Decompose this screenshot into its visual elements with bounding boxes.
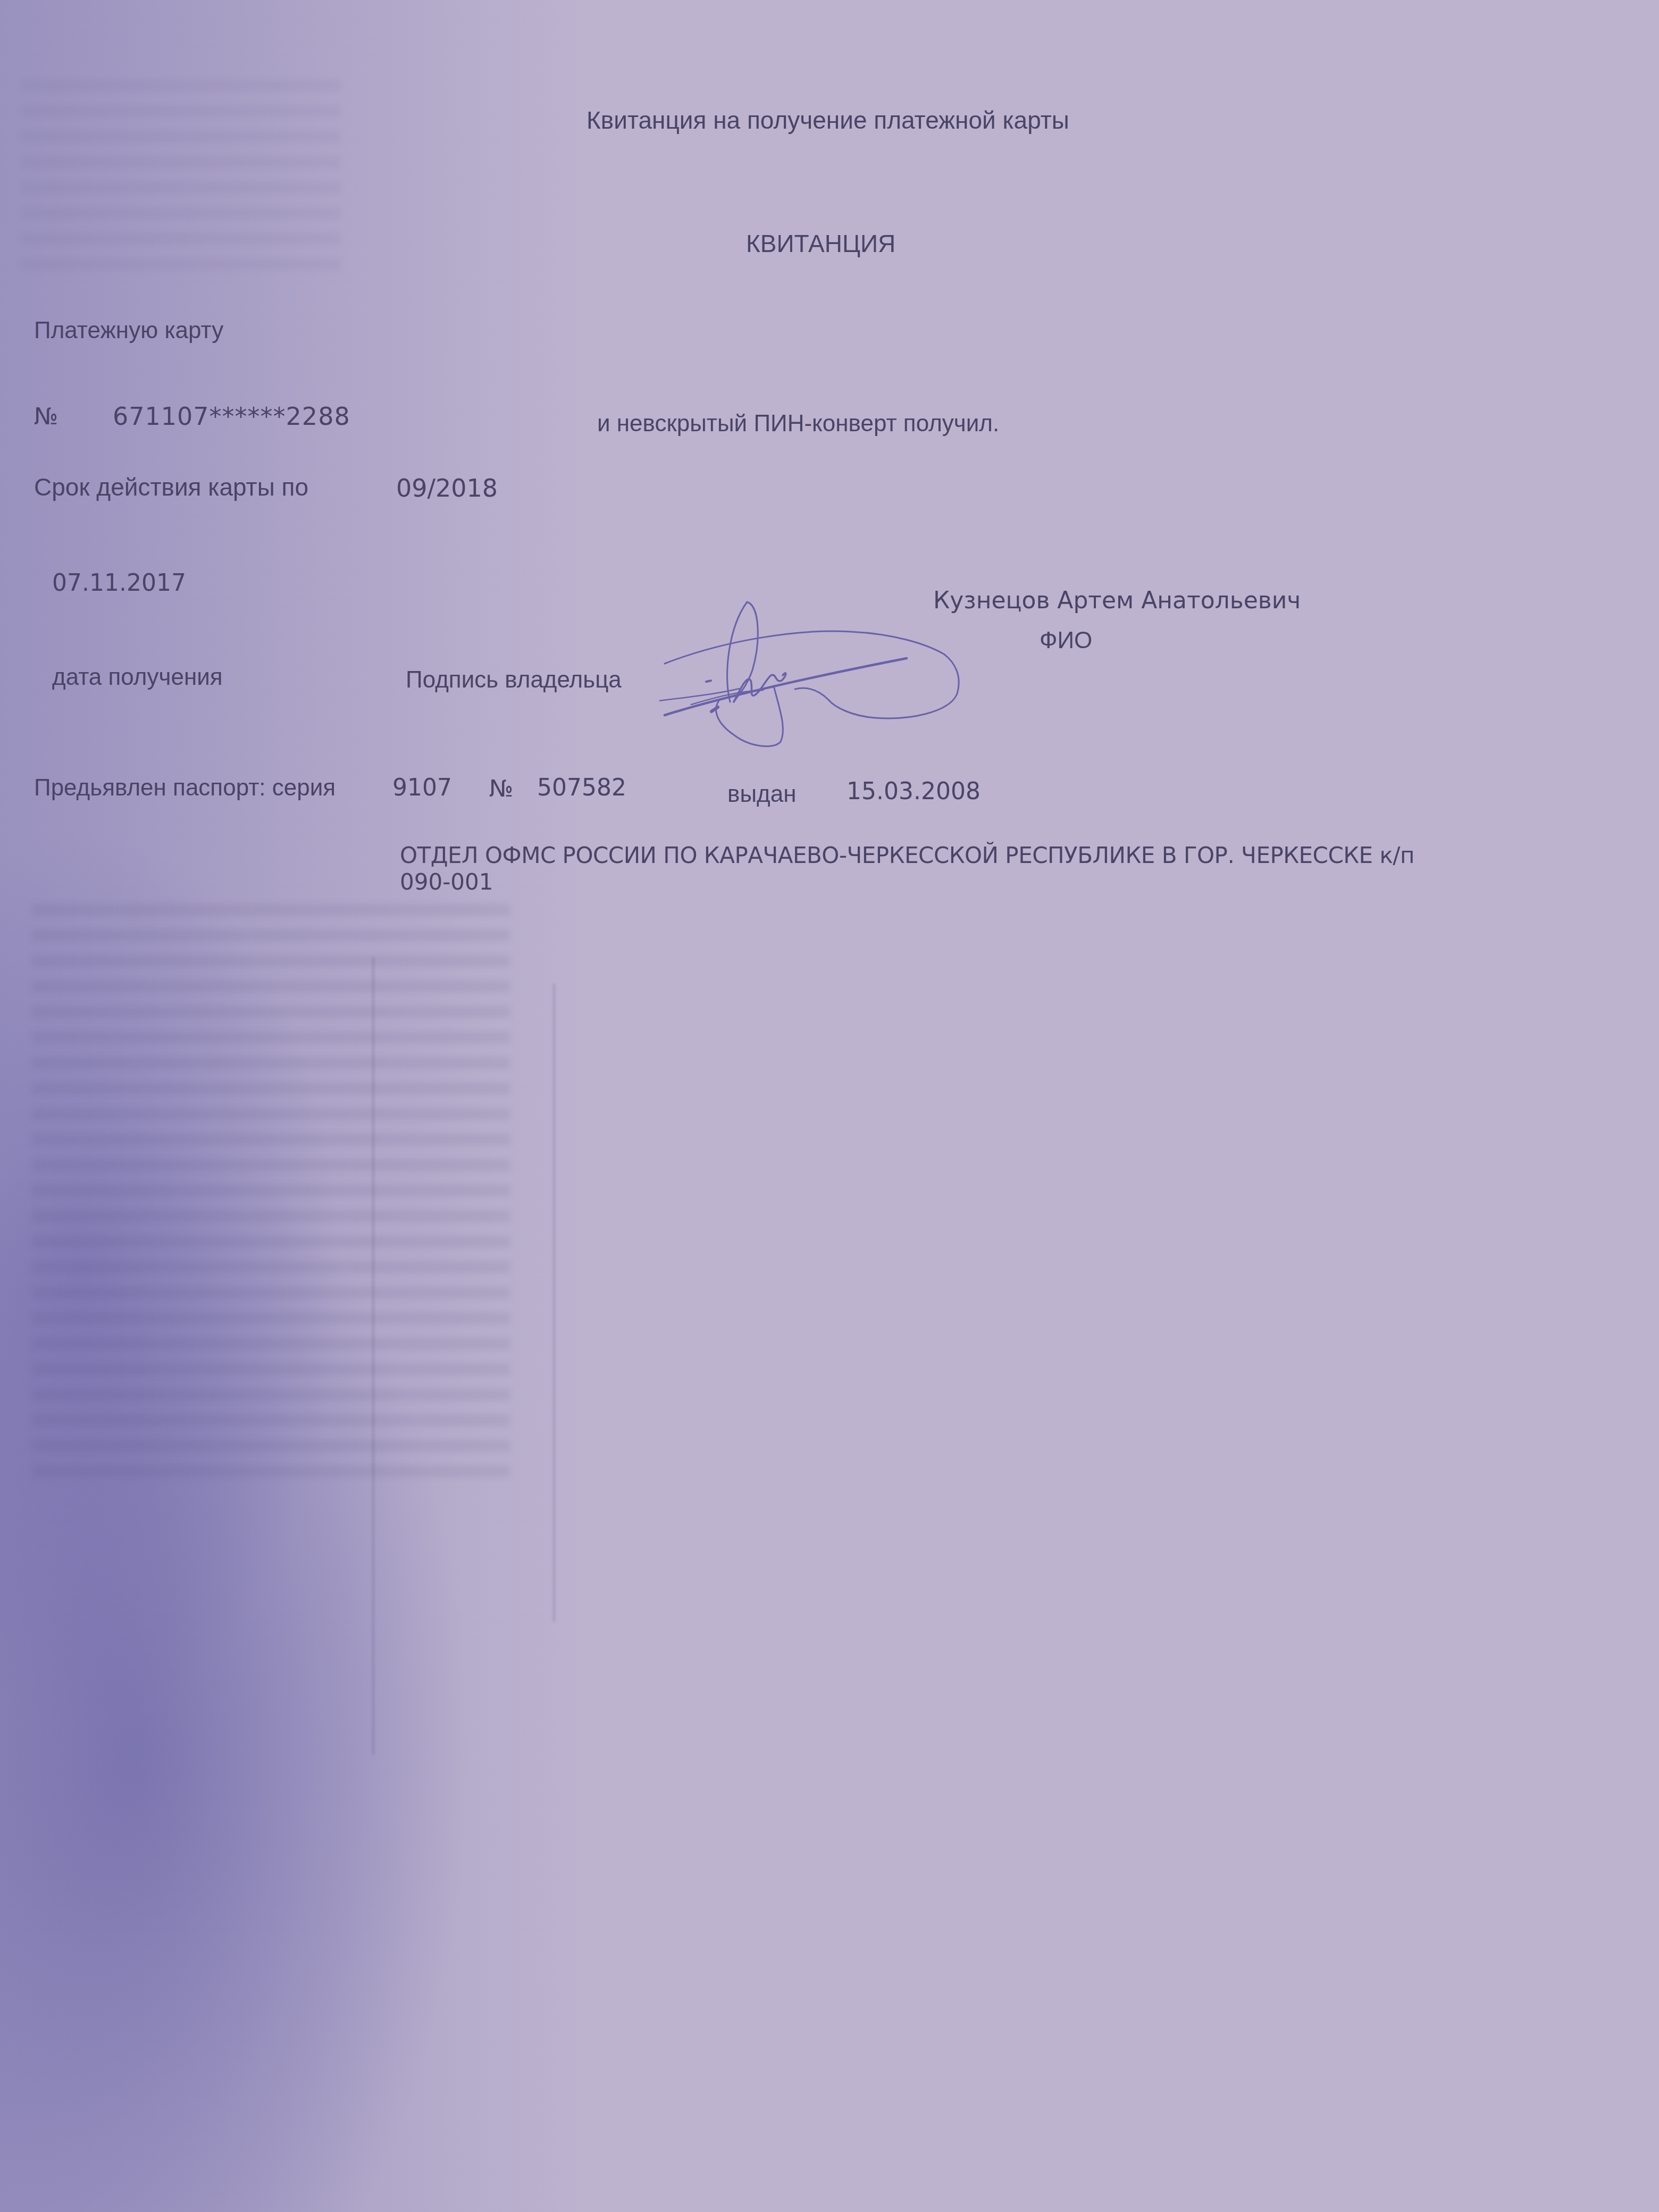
passport-issued-date: 15.03.2008 [847, 780, 981, 803]
passport-number-prefix: № [489, 777, 514, 801]
passport-issued-label: выдан [727, 783, 796, 806]
reverse-side-rule [553, 984, 555, 1622]
document-title: Квитанция на получение платежной карты [586, 108, 1069, 132]
expiry-value: 09/2018 [396, 476, 498, 500]
card-number: 671107******2288 [113, 404, 350, 429]
signature-label: Подпись владельца [406, 668, 622, 692]
card-received-text: и невскрытый ПИН-конверт получил. [597, 412, 999, 435]
passport-issuer-line2: 090-001 [400, 871, 493, 893]
card-label: Платежную карту [34, 319, 223, 342]
passport-label: Предьявлен паспорт: серия [34, 776, 336, 800]
passport-series: 9107 [392, 776, 452, 800]
receipt-date-label: дата получения [52, 666, 223, 689]
passport-number: 507582 [537, 776, 626, 800]
reverse-side-rule [372, 957, 374, 1755]
holder-name-label: ФИО [1040, 629, 1092, 652]
card-number-prefix: № [34, 405, 58, 429]
receipt-date: 07.11.2017 [52, 572, 186, 595]
expiry-label: Срок действия карты по [34, 475, 308, 499]
document-heading: КВИТАНЦИЯ [746, 231, 895, 256]
passport-issuer-line1: ОТДЕЛ ОФМС РОССИИ ПО КАРАЧАЕВО-ЧЕРКЕССКО… [400, 844, 1414, 867]
owner-signature [659, 596, 989, 755]
reverse-side-show-through [32, 904, 510, 1489]
receipt-page: Квитанция на получение платежной карты К… [0, 0, 1659, 2212]
reverse-side-show-through [21, 80, 340, 282]
